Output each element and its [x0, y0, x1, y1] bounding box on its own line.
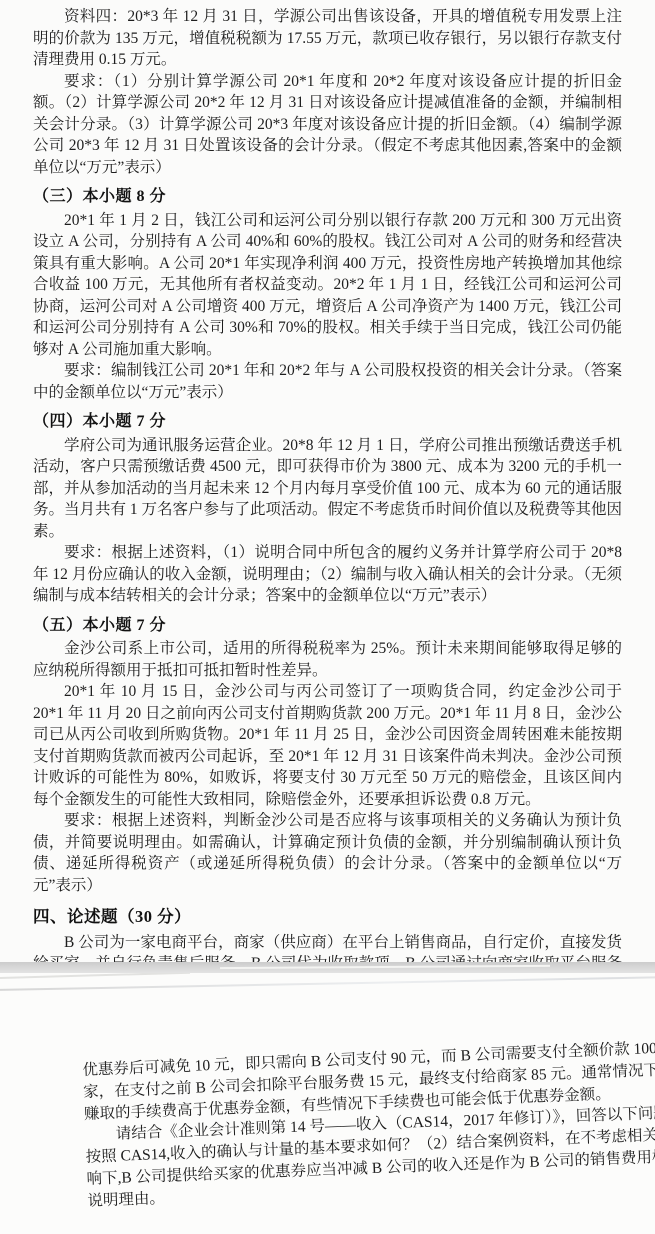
section-5-body: 20*1 年 10 月 15 日，金沙公司与丙公司签订了一项购货合同，约定金沙公…: [33, 681, 622, 810]
material-4-requirements: 要求：（1）分别计算学源公司 20*1 年度和 20*2 年度对该设备应计提的折…: [33, 71, 622, 179]
page-2-content: 优惠券后可减免 10 元，即只需向 B 公司支付 90 元，而 B 公司需要支付…: [82, 1028, 655, 1213]
page-curl-shadow: [0, 975, 655, 991]
section-3-body: 20*1 年 1 月 2 日，钱江公司和运河公司分别以银行存款 200 万元和 …: [33, 210, 622, 361]
exam-page-2: 优惠券后可减免 10 元，即只需向 B 公司支付 90 元，而 B 公司需要支付…: [0, 973, 655, 1234]
section-3-requirements: 要求：编制钱江公司 20*1 年和 20*2 年与 A 公司股权投资的相关会计分…: [33, 360, 622, 403]
section-5-heading: （五）本小题 7 分: [33, 615, 622, 637]
page-edge-shadow: [0, 973, 190, 979]
section-5-requirements: 要求：根据上述资料，判断金沙公司是否应将与该事项相关的义务确认为预计负债，并简要…: [33, 810, 622, 896]
page-1-content: 资料四：20*3 年 12 月 31 日，学源公司出售该设备，开具的增值税专用发…: [0, 0, 655, 962]
section-4-requirements: 要求：根据上述资料，（1）说明合同中所包含的履约义务并计算学府公司于 20*8 …: [33, 542, 622, 607]
essay-paragraph-1: B 公司为一家电商平台，商家（供应商）在平台上销售商品，自行定价，直接发货给买家…: [33, 932, 622, 963]
section-5-intro: 金沙公司系上市公司，适用的所得税税率为 25%。预计未来期间能够取得足够的应纳税…: [33, 638, 622, 681]
section-4-heading: （四）本小题 7 分: [33, 411, 622, 433]
exam-page-1: 资料四：20*3 年 12 月 31 日，学源公司出售该设备，开具的增值税专用发…: [0, 0, 655, 962]
material-4-paragraph: 资料四：20*3 年 12 月 31 日，学源公司出售该设备，开具的增值税专用发…: [33, 6, 622, 71]
section-3-heading: （三）本小题 8 分: [33, 186, 622, 208]
essay-section-heading: 四、论述题（30 分）: [33, 906, 622, 928]
section-4-body: 学府公司为通讯服务运营企业。20*8 年 12 月 1 日，学府公司推出预缴话费…: [33, 435, 622, 543]
